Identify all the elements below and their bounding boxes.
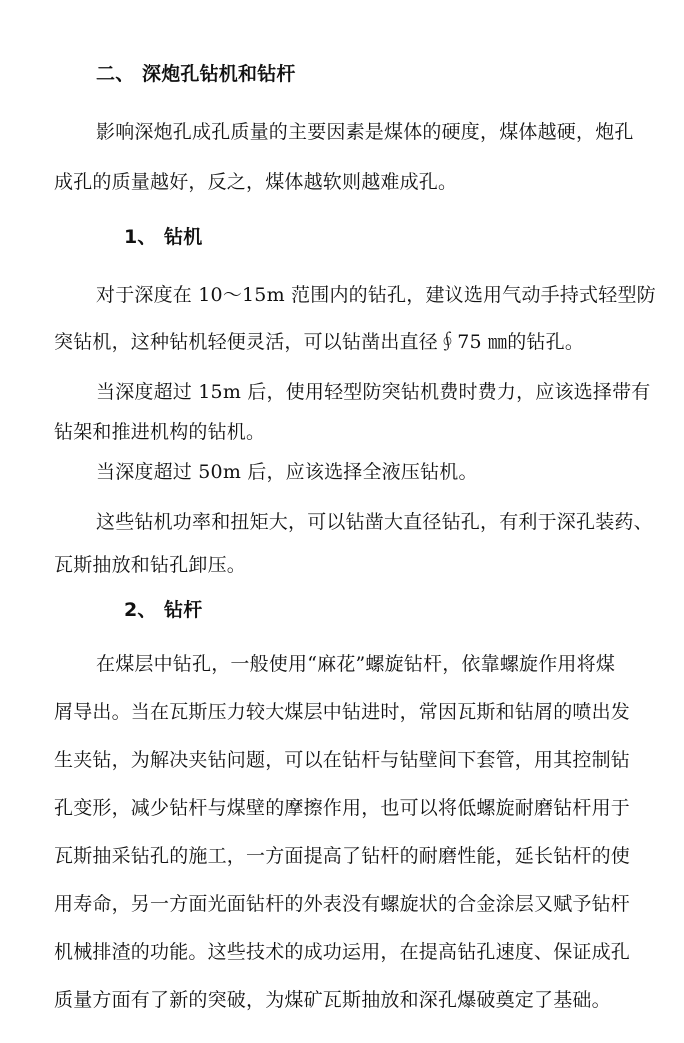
paragraph-line: 屑导出。当在瓦斯压力较大煤层中钻进时，常因瓦斯和钻屑的喷出发 bbox=[54, 700, 630, 724]
subsection-title: 钻机 bbox=[164, 226, 202, 248]
subsection-title: 钻杆 bbox=[164, 599, 202, 621]
paragraph-line: 成孔的质量越好，反之，煤体越软则越难成孔。 bbox=[54, 170, 457, 194]
paragraph-line: 用寿命，另一方面光面钻杆的外表没有螺旋状的合金涂层又赋予钻杆 bbox=[54, 892, 630, 916]
paragraph-line: 瓦斯抽放和钻孔卸压。 bbox=[54, 553, 246, 577]
paragraph-line: 瓦斯抽采钻孔的施工，一方面提高了钻杆的耐磨性能，延长钻杆的使 bbox=[54, 844, 630, 868]
subsection-heading-2-1: 1、钻机 bbox=[124, 225, 202, 249]
section-number: 二、 bbox=[96, 62, 142, 86]
paragraph-line: 在煤层中钻孔，一般使用“麻花”螺旋钻杆，依靠螺旋作用将煤 bbox=[96, 652, 615, 676]
subsection-heading-2-2: 2、钻杆 bbox=[124, 598, 202, 622]
paragraph-line: 突钻机，这种钻机轻便灵活，可以钻凿出直径∮75 ㎜的钻孔。 bbox=[54, 330, 584, 354]
section-title: 深炮孔钻机和钻杆 bbox=[142, 63, 296, 85]
section-heading-2: 二、深炮孔钻机和钻杆 bbox=[96, 62, 296, 86]
paragraph-line: 孔变形，减少钻杆与煤壁的摩擦作用，也可以将低螺旋耐磨钻杆用于 bbox=[54, 796, 630, 820]
paragraph-line: 质量方面有了新的突破，为煤矿瓦斯抽放和深孔爆破奠定了基础。 bbox=[54, 988, 611, 1012]
paragraph-line: 影响深炮孔成孔质量的主要因素是煤体的硬度，煤体越硬，炮孔 bbox=[96, 120, 634, 144]
paragraph-line: 这些钻机功率和扭矩大，可以钻凿大直径钻孔，有利于深孔装药、 bbox=[96, 510, 653, 534]
paragraph-line: 对于深度在 10～15m 范围内的钻孔，建议选用气动手持式轻型防 bbox=[96, 283, 656, 307]
paragraph-line: 钻架和推进机构的钻机。 bbox=[54, 420, 265, 444]
paragraph-line: 当深度超过 15m 后，使用轻型防突钻机费时费力，应该选择带有 bbox=[96, 380, 650, 404]
paragraph-line: 机械排渣的功能。这些技术的成功运用，在提高钻孔速度、保证成孔 bbox=[54, 940, 630, 964]
subsection-number: 2、 bbox=[124, 598, 164, 622]
paragraph-line: 当深度超过 50m 后，应该选择全液压钻机。 bbox=[96, 460, 478, 484]
paragraph-line: 生夹钻，为解决夹钻问题，可以在钻杆与钻壁间下套管，用其控制钻 bbox=[54, 748, 630, 772]
subsection-number: 1、 bbox=[124, 225, 164, 249]
